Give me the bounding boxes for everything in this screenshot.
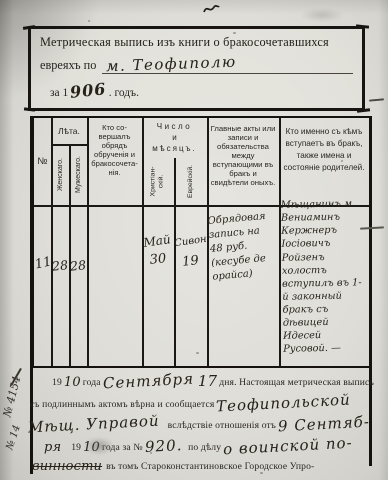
corner-tick [357, 108, 370, 113]
handwritten-issuer-office: Мѣщ. Управой [28, 412, 160, 437]
row-date-jewish-month: Сивон [172, 234, 208, 250]
scan-speck [260, 472, 263, 474]
certification-line-1: 1910годаСентября17дня. Настоящая метриче… [30, 371, 377, 393]
place-name-handwritten: м. Теофиполю [102, 53, 237, 76]
col-header-date-group-line1: Число [142, 122, 207, 131]
handwritten-subject-cont: винности [32, 458, 102, 477]
printed-po-delu: по дѣлу [188, 442, 221, 453]
printed-line5: въ томъ Староконстантиновское Городское … [106, 461, 314, 472]
row-age-male: 28 [68, 257, 87, 274]
document-title: Метрическая выпись изъ книги о бракосоче… [40, 35, 353, 50]
year-prefix: за 1 [50, 87, 68, 99]
corner-tick [23, 25, 35, 30]
row-who-entry: Мѣщанинъ м. Вениаминъ Кержнеръ Іосіовичъ… [281, 197, 369, 356]
scan-speck [150, 452, 152, 454]
row-age-female: 28 [50, 257, 69, 274]
printed-line1-rest: дня. Настоящая метрическая выпись [219, 377, 374, 388]
col-header-who: Кто именно съ кѣмъ вступаетъ въ бракъ, т… [281, 126, 367, 174]
registry-table: № Лѣта. Женскаго. Мужескаго. Кто со­верш… [30, 116, 372, 368]
scan-speck [233, 32, 236, 34]
scan-smudge [84, 437, 114, 455]
certification-line-5: винностивъ томъ Староконстантиновское Го… [30, 457, 377, 477]
handwritten-month-cont: ря [44, 439, 61, 458]
col-header-officiant: Кто со­вершалъ обрядъ обруче­нія и бра­к… [89, 124, 140, 178]
certification-line-2: съ подлиннымъ актомъ вѣрна и сообщаетсяТ… [30, 393, 377, 415]
col-header-acts: Главные акты или записи и обязательства … [210, 124, 276, 188]
year-suffix: . годъ. [109, 87, 139, 99]
col-header-age-group: Лѣта. [51, 126, 87, 136]
col-header-age-male: Мужескаго. [69, 144, 87, 205]
handwritten-issuer-place: Теофипольской [216, 390, 352, 416]
margin-annotation: № 14 [5, 424, 23, 452]
year-handwritten: 906 [69, 79, 107, 102]
scanned-document: Метрическая выпись изъ книги о бракосоче… [0, 0, 388, 480]
handwritten-day: 17 [198, 372, 217, 391]
printed-line3: вслѣдствіе отношенія отъ [168, 420, 276, 431]
row-date-christian-day: 30 [141, 250, 174, 268]
certification-text: 1910годаСентября17дня. Настоящая метриче… [30, 371, 377, 477]
place-line: евреяхъ по м. Теофиполю [40, 55, 353, 74]
place-label: евреяхъ по [40, 58, 96, 73]
fill-in-line: м. Теофиполю [102, 55, 353, 74]
scan-smudge [300, 8, 344, 22]
row-date-jewish-day: 19 [173, 252, 207, 270]
col-header-number: № [34, 156, 51, 167]
scan-speck [88, 20, 90, 22]
scan-speck [196, 352, 199, 354]
col-header-date-jewish: Еврейскій. [174, 158, 207, 205]
row-acts-entry: Обрядовая запись на 48 руб. (кесубе де о… [207, 209, 279, 284]
year-line: за 1906. годъ. [40, 81, 353, 100]
col-header-date-group-line2: и [142, 133, 207, 142]
handwritten-case-subject: о воинской по- [223, 433, 353, 458]
certification-line-4: ря1910года за №920.по дѣлуо воинской по- [30, 436, 377, 458]
printed-line2: съ подлиннымъ актомъ вѣрна и сообщается [30, 399, 214, 410]
printed-year-prefix: 19 [52, 377, 62, 388]
row-number: 11 [34, 255, 53, 273]
row-date-christian-month: Май [139, 232, 175, 251]
col-header-date-christian: Христіан-скій. [142, 158, 174, 205]
scan-speck [341, 160, 343, 162]
handwritten-ref-date: 9 Сентяб- [278, 413, 371, 436]
col-header-age-female: Женскаго. [51, 144, 69, 205]
printed-goda: года [83, 377, 101, 388]
stray-mark [360, 226, 384, 229]
ink-mark [202, 2, 220, 16]
corner-tick [356, 24, 369, 28]
printed-year2-prefix: 19 [71, 442, 81, 453]
stray-mark [369, 98, 384, 101]
handwritten-year: 10 [64, 374, 81, 393]
handwritten-month: Сентября [102, 370, 194, 393]
corner-tick [24, 107, 35, 111]
col-header-date-group-line3: мѣсяцъ. [142, 144, 207, 153]
title-box: Метрическая выпись изъ книги о бракосоче… [28, 26, 365, 111]
certification-line-3: Мѣщ. Управойвслѣдствіе отношенія отъ9 Се… [30, 414, 377, 436]
